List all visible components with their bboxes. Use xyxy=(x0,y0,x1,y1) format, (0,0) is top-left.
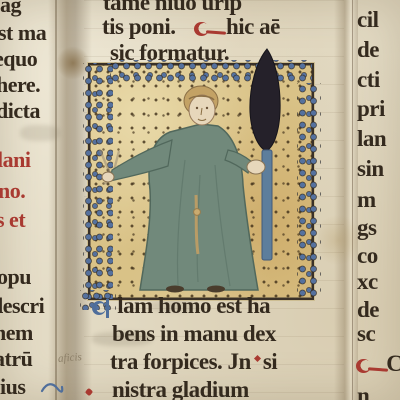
main-text-line: tra forpices. Jnsi xyxy=(110,350,277,373)
left-column-line: dicta xyxy=(0,100,40,122)
right-column-line: xc xyxy=(357,270,378,293)
red-ink-dot xyxy=(254,355,261,362)
ivy-border-left xyxy=(83,63,113,299)
main-text-line: nistra gladium xyxy=(112,378,249,400)
right-column-line: sc xyxy=(357,322,375,345)
main-text-segment: tis poni. xyxy=(102,14,175,39)
miniature-frame xyxy=(88,63,314,300)
left-column-line: opu xyxy=(0,266,31,288)
paraph-mark-blue xyxy=(92,301,106,315)
right-column-line: sin xyxy=(357,157,384,180)
right-column-line: de xyxy=(357,38,379,61)
left-column-line: ius xyxy=(0,376,25,398)
blue-flourish-icon xyxy=(40,380,64,395)
right-column-line: pri xyxy=(357,97,385,120)
right-column-line: lan xyxy=(357,127,386,150)
left-column-line: nem xyxy=(0,322,33,344)
right-column-line: cil xyxy=(357,8,379,31)
right-fold-shadow xyxy=(334,0,358,400)
ivy-border-right xyxy=(297,83,321,299)
left-column-line: ag xyxy=(0,0,21,16)
right-column-line: Cu xyxy=(356,352,400,375)
main-text-line: tamē niuo urip xyxy=(103,0,242,14)
miniature-stippled-ground xyxy=(90,65,312,298)
left-column-line: st ma xyxy=(0,22,46,44)
left-column-line: equo xyxy=(0,48,37,70)
paraph-mark-red xyxy=(356,359,371,373)
main-text-line: tis poni. hic aē xyxy=(102,15,280,38)
show-through-stain xyxy=(20,125,60,141)
right-column-line: co xyxy=(357,244,378,267)
right-column-line: n xyxy=(357,384,369,400)
left-column-rubric-line: no. xyxy=(0,180,25,202)
main-text-segment: lam homo est ha xyxy=(117,293,270,318)
right-column-line: cti xyxy=(357,68,380,91)
paraph-mark-red xyxy=(194,22,209,36)
right-crease-line xyxy=(352,0,353,400)
left-column-line: here. xyxy=(0,74,40,96)
left-column-line: atrū xyxy=(0,348,32,370)
left-column-rubric-line: s et xyxy=(0,209,25,231)
manuscript-photo: ag st ma equo here. dicta lani no. s et … xyxy=(0,0,400,400)
right-column-line: gs xyxy=(357,216,376,239)
ivy-border-top xyxy=(110,60,312,85)
main-text-line: lam homo est ha xyxy=(92,294,270,317)
marginal-gloss: aficis xyxy=(58,351,83,365)
foxing-stain xyxy=(318,210,358,270)
right-column-line: de xyxy=(357,298,379,321)
right-column-segment: Cu xyxy=(386,351,400,376)
main-text-segment: si xyxy=(263,349,277,374)
left-column-rubric-line: lani xyxy=(0,149,30,171)
main-text-segment: tra forpices. Jn xyxy=(110,349,251,374)
main-text-line: bens in manu dex xyxy=(112,322,276,345)
right-column-line: m xyxy=(357,188,376,211)
left-column-line: descri xyxy=(0,295,44,317)
main-text-segment: hic aē xyxy=(226,14,280,39)
